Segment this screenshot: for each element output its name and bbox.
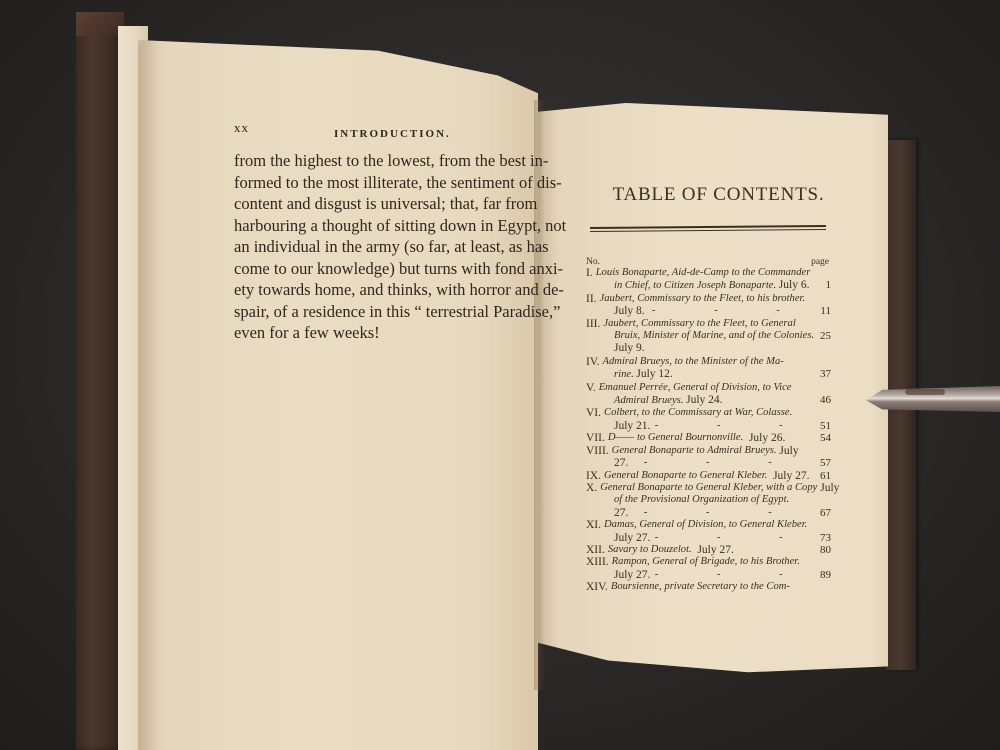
toc-entry-title-cont: Admiral Brueys. xyxy=(614,395,686,406)
toc-entry-date: July 6. xyxy=(779,279,810,291)
body-line: come to our knowledge) but turns with fo… xyxy=(234,258,534,280)
toc-entry-number: XI. xyxy=(586,519,601,531)
left-page-text: xx INTRODUCTION. from the highest to the… xyxy=(234,120,536,344)
toc-entry-number: XII. xyxy=(586,544,605,556)
toc-entry-title: Savary to Douzelot. xyxy=(608,544,692,556)
body-line: formed to the most illiterate, the senti… xyxy=(234,172,534,194)
toc-entry-page: 67 xyxy=(815,507,831,519)
body-line: even for a few weeks! xyxy=(234,322,534,344)
toc-entry-page: 46 xyxy=(815,394,831,407)
toc-entry-line: I.Louis Bonaparte, Aid-de-Camp to the Co… xyxy=(586,267,831,279)
toc-entry-continuation: July 27.- - -89 xyxy=(586,569,831,581)
toc-entry-page: 37 xyxy=(815,368,831,381)
toc-entry-continuation: July 8.- - -11 xyxy=(586,305,831,317)
body-paragraph: from the highest to the lowest, from the… xyxy=(234,150,536,344)
toc-entry: XI.Damas, General of Division, to Genera… xyxy=(586,519,831,544)
body-line: harbouring a thought of sitting down in … xyxy=(234,215,534,237)
body-line: content and disgust is universal; that, … xyxy=(234,193,534,215)
toc-entry-continuation: in Chief, to Citizen Joseph Bonaparte. J… xyxy=(586,279,831,292)
toc-entry-title: Boursienne, private Secretary to the Com… xyxy=(611,581,790,593)
toc-entry-line: II.Jaubert, Commissary to the Fleet, to … xyxy=(586,293,831,305)
toc-entry: V.Emanuel Perrée, General of Division, t… xyxy=(586,382,831,408)
toc-title: TABLE OF CONTENTS. xyxy=(586,184,831,206)
toc-entry: IX.General Bonaparte to General Kleber. … xyxy=(586,470,831,482)
toc-entry-number: III. xyxy=(586,318,600,330)
toc-entry-title: Damas, General of Division, to General K… xyxy=(604,519,807,531)
toc-entry-cont-text: Admiral Brueys. July 24. xyxy=(614,394,723,407)
toc-entry-line: IX.General Bonaparte to General Kleber. … xyxy=(586,470,831,482)
toc-entry-page: 25 xyxy=(815,330,831,356)
toc-entry-date: July 21. xyxy=(614,420,650,432)
left-page-edge-shadow xyxy=(138,40,158,750)
toc-entry-date: July 24. xyxy=(686,394,722,406)
toc-entry-title: Colbert, to the Commissary at War, Colas… xyxy=(604,407,792,419)
body-line: spair, of a residence in this “ terrestr… xyxy=(234,301,534,323)
toc-entry-page: 61 xyxy=(815,470,831,482)
toc-entry-number: I. xyxy=(586,267,593,279)
toc-entry-number: XIV. xyxy=(586,581,608,593)
body-line: ety towards home, and thinks, with horro… xyxy=(234,279,534,301)
toc-entry-number: VI. xyxy=(586,407,601,419)
toc-entry-date: 27. xyxy=(614,457,628,469)
toc-entry: II.Jaubert, Commissary to the Fleet, to … xyxy=(586,293,831,318)
toc-entry-cont-text: of the Provisional Organization of Egypt… xyxy=(614,494,789,506)
right-page-text: TABLE OF CONTENTS. No. page I.Louis Bona… xyxy=(586,180,831,594)
toc-entry-cont-text: Bruix, Minister of Marine, and of the Co… xyxy=(614,330,815,356)
toc-entry-continuation: Bruix, Minister of Marine, and of the Co… xyxy=(586,330,831,356)
toc-double-rule xyxy=(590,225,826,232)
toc-entry: VI.Colbert, to the Commissary at War, Co… xyxy=(586,407,831,432)
toc-entry-page: 11 xyxy=(815,305,831,317)
toc-entry: X.General Bonaparte to General Kleber, w… xyxy=(586,482,831,519)
toc-entry-page: 1 xyxy=(815,279,831,292)
toc-entry: XIV.Boursienne, private Secretary to the… xyxy=(586,581,831,593)
toc-entry-line: XI.Damas, General of Division, to Genera… xyxy=(586,519,831,531)
toc-entry-cont-text: rine. July 12. xyxy=(614,368,673,381)
toc-col-no: No. xyxy=(586,257,600,267)
toc-entry-page: 57 xyxy=(815,457,831,469)
toc-entry-line: X.General Bonaparte to General Kleber, w… xyxy=(586,482,831,494)
toc-entry-date: July xyxy=(777,445,799,457)
toc-entry-date: July 12. xyxy=(636,368,672,380)
toc-entry-date: July 26. xyxy=(743,432,785,444)
toc-entry-continuation: July 27.- - -73 xyxy=(586,532,831,544)
toc-entry-line: XIV.Boursienne, private Secretary to the… xyxy=(586,581,831,593)
toc-entry-title-cont: of the Provisional Organization of Egypt… xyxy=(614,494,789,505)
toc-entry-title: Emanuel Perrée, General of Division, to … xyxy=(599,382,792,394)
toc-entry-line: V.Emanuel Perrée, General of Division, t… xyxy=(586,382,831,394)
toc-entry-date: 27. xyxy=(614,507,628,519)
spacer xyxy=(734,544,815,556)
toc-entry-line: XIII.Rampon, General of Brigade, to his … xyxy=(586,556,831,568)
toc-entry: XIII.Rampon, General of Brigade, to his … xyxy=(586,556,831,581)
toc-entry: I.Louis Bonaparte, Aid-de-Camp to the Co… xyxy=(586,267,831,293)
toc-entry-number: X. xyxy=(586,482,597,494)
toc-entry-number: IX. xyxy=(586,470,601,482)
toc-entry-number: VIII. xyxy=(586,445,609,457)
toc-leader-dashes: - - - xyxy=(628,507,815,519)
toc-leader-dashes: - - - xyxy=(645,305,815,317)
toc-entry-title: General Bonaparte to General Kleber. xyxy=(604,470,767,482)
page-number: xx xyxy=(234,120,249,136)
toc-entry-date: July 27. xyxy=(692,544,734,556)
toc-entry-line: VIII.General Bonaparte to Admiral Brueys… xyxy=(586,445,831,457)
toc-entry-page: 89 xyxy=(815,569,831,581)
toc-entry-date: July 8. xyxy=(614,305,645,317)
toc-entry-continuation: 27.- - -67 xyxy=(586,507,831,519)
toc-leader-dashes: - - - xyxy=(628,457,815,469)
toc-entry-number: IV. xyxy=(586,356,600,368)
toc-entry-title-cont: Bruix, Minister of Marine, and of the Co… xyxy=(614,330,814,341)
toc-entry-continuation: 27.- - -57 xyxy=(586,457,831,469)
toc-leader-dashes: - - - xyxy=(650,532,815,544)
toc-entry-continuation: rine. July 12.37 xyxy=(586,368,831,381)
toc-entry: VIII.General Bonaparte to Admiral Brueys… xyxy=(586,445,831,470)
toc-entry-page: 54 xyxy=(815,432,831,444)
toc-entry-title-cont: in Chief, to Citizen Joseph Bonaparte. xyxy=(614,280,779,291)
toc-entry-title: Jaubert, Commissary to the Fleet, to his… xyxy=(600,293,806,305)
toc-entry-line: VII.D—— to General Bournonville. July 26… xyxy=(586,432,831,444)
body-line: an individual in the army (so far, at le… xyxy=(234,236,534,258)
toc-entry: III.Jaubert, Commissary to the Fleet, to… xyxy=(586,318,831,356)
toc-entry-continuation: of the Provisional Organization of Egypt… xyxy=(586,494,831,506)
toc-entry-date: July 27. xyxy=(614,569,650,581)
toc-entry-title: General Bonaparte to Admiral Brueys. xyxy=(612,445,777,457)
toc-entry-continuation: Admiral Brueys. July 24.46 xyxy=(586,394,831,407)
toc-entry-cont-text: in Chief, to Citizen Joseph Bonaparte. J… xyxy=(614,279,809,292)
toc-entry-line: IV.Admiral Brueys, to the Minister of th… xyxy=(586,356,831,368)
blade-tarnish xyxy=(905,389,945,395)
toc-entry-title: Admiral Brueys, to the Minister of the M… xyxy=(603,356,784,368)
toc-entry-page: 73 xyxy=(815,532,831,544)
toc-entry-title-cont: rine. xyxy=(614,369,636,380)
toc-entry-title: Jaubert, Commissary to the Fleet, to Gen… xyxy=(603,318,795,330)
toc-entry: VII.D—— to General Bournonville. July 26… xyxy=(586,432,831,444)
toc-entry-date: July 27. xyxy=(767,470,809,482)
spacer xyxy=(785,432,815,444)
toc-entry-number: VII. xyxy=(586,432,605,444)
running-head: xx INTRODUCTION. xyxy=(234,120,536,142)
toc-entry-page: 51 xyxy=(815,420,831,432)
toc-entry-continuation: July 21.- - -51 xyxy=(586,420,831,432)
toc-entry-line: XII.Savary to Douzelot. July 27.80 xyxy=(586,544,831,556)
body-line: from the highest to the lowest, from the… xyxy=(234,150,534,172)
toc-col-page: page xyxy=(811,257,829,267)
toc-list: I.Louis Bonaparte, Aid-de-Camp to the Co… xyxy=(586,267,831,594)
toc-entry-number: V. xyxy=(586,382,596,394)
section-title: INTRODUCTION. xyxy=(334,128,451,140)
toc-entry-number: XIII. xyxy=(586,556,609,568)
toc-entry: XII.Savary to Douzelot. July 27.80 xyxy=(586,544,831,556)
toc-entry-date: July 9. xyxy=(614,342,645,354)
toc-column-headers: No. page xyxy=(586,257,831,267)
toc-leader-dashes: - - - xyxy=(650,420,815,432)
toc-entry-number: II. xyxy=(586,293,597,305)
toc-entry-page: 80 xyxy=(815,544,831,556)
toc-entry: IV.Admiral Brueys, to the Minister of th… xyxy=(586,356,831,382)
toc-entry-date: July xyxy=(817,482,839,494)
toc-leader-dashes: - - - xyxy=(650,569,815,581)
toc-entry-title: Louis Bonaparte, Aid-de-Camp to the Comm… xyxy=(596,267,811,279)
toc-entry-title: Rampon, General of Brigade, to his Broth… xyxy=(612,556,800,568)
toc-entry-title: General Bonaparte to General Kleber, wit… xyxy=(600,482,817,494)
toc-entry-title: D—— to General Bournonville. xyxy=(608,432,743,444)
toc-entry-line: III.Jaubert, Commissary to the Fleet, to… xyxy=(586,318,831,330)
toc-entry-date: July 27. xyxy=(614,532,650,544)
leather-cover-left xyxy=(76,12,124,750)
toc-entry-line: VI.Colbert, to the Commissary at War, Co… xyxy=(586,407,831,419)
